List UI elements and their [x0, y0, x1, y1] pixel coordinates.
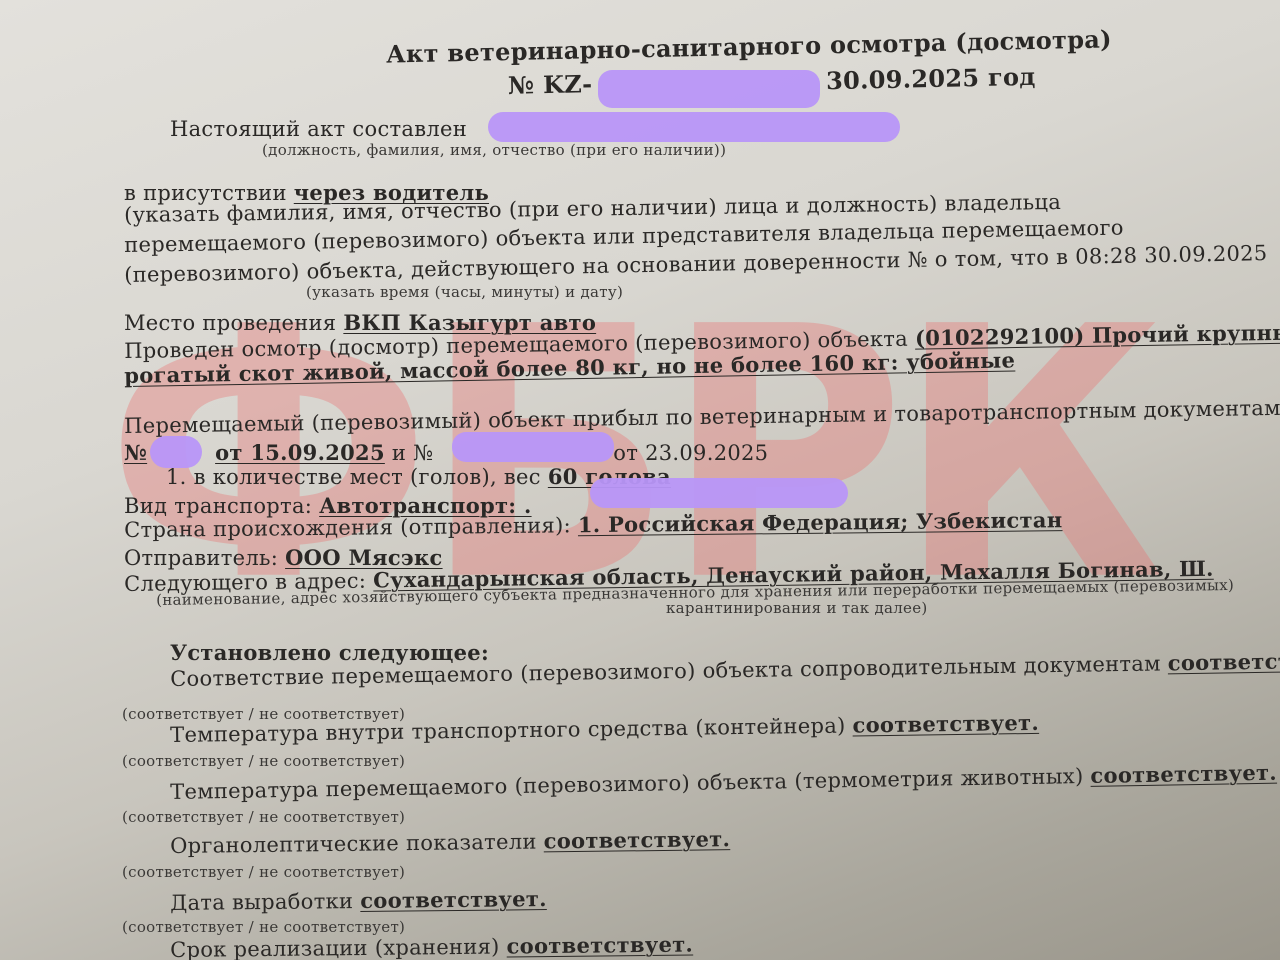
origin-label: Страна происхождения (отправления): [124, 513, 571, 542]
inspected-value-1: (0102292100) Прочий крупный [915, 319, 1280, 350]
document-number: № KZ- [508, 69, 593, 100]
check-hint: (соответствует / не соответствует) [122, 752, 405, 770]
redaction-doc2 [452, 432, 614, 462]
document-page: ФБРК Акт ветеринарно-санитарного осмотра… [0, 0, 1280, 960]
quantity-label: 1. в количестве мест (голов), вес [166, 465, 541, 489]
check-label: Дата выработки [170, 889, 353, 915]
check-value: соответствует. [544, 826, 731, 853]
check-hint: (соответствует / не соответствует) [122, 808, 405, 826]
check-row-6: Срок реализации (хранения) соответствует… [170, 932, 693, 960]
check-row-5: Дата выработки соответствует. [170, 886, 547, 915]
redaction-transport [590, 478, 848, 508]
check-hint: (соответствует / не соответствует) [122, 918, 405, 936]
doc1-date: от 15.09.2025 [215, 440, 385, 465]
redaction-inspector [488, 112, 900, 142]
redaction-number [598, 70, 820, 108]
address-hint-2: карантинирования и так далее) [666, 599, 928, 617]
number-prefix: № KZ- [508, 69, 593, 100]
check-row-4: Органолептические показатели соответству… [170, 826, 730, 858]
compiled-hint: (должность, фамилия, имя, отчество (при … [262, 141, 726, 159]
check-value: соответствует. [1090, 760, 1277, 788]
check-label: Органолептические показатели [170, 830, 537, 858]
place-label: Место проведения [124, 311, 336, 335]
check-value: соответствует. [360, 886, 547, 913]
origin-value: 1. Российская Федерация; Узбекистан [578, 507, 1063, 537]
check-value: соответствует. [852, 710, 1039, 738]
check-label: Температура перемещаемого (перевозимого)… [170, 764, 1084, 804]
document-date: 30.09.2025 год [826, 62, 1036, 95]
sender-label: Отправитель: [124, 546, 278, 570]
documents-row: № от 15.09.2025 и № от 23.09.2025 [124, 440, 768, 465]
check-hint: (соответствует / не соответствует) [122, 863, 405, 881]
check-label: Срок реализации (хранения) [170, 935, 500, 960]
time-hint: (указать время (часы, минуты) и дату) [306, 283, 623, 301]
check-value: соответствует. [1168, 647, 1280, 675]
check-value: соответствует. [506, 932, 693, 959]
arrived-text: Перемещаемый (перевозимый) объект прибыл… [124, 396, 1280, 438]
compiled-label: Настоящий акт составлен [170, 117, 467, 141]
doc1-prefix: № [124, 440, 147, 465]
doc2-date: от 23.09.2025 [613, 441, 768, 465]
doc2-prefix: и № [392, 441, 433, 465]
